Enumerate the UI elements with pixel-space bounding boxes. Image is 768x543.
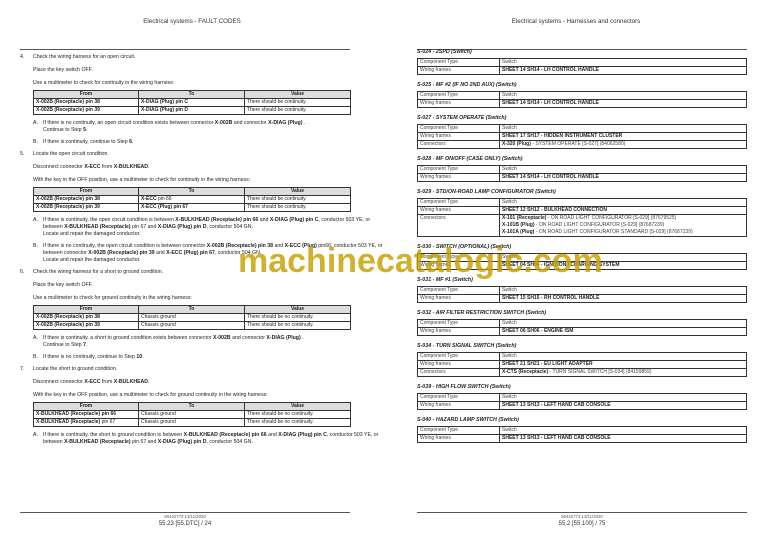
step-instruction: Check the wiring harness for an open cir…	[33, 54, 384, 61]
repair-note: Locate and repair the damaged conductor.	[43, 257, 384, 264]
outcome-letter: B.	[33, 243, 38, 250]
column-header: From	[34, 403, 139, 411]
text: from	[100, 164, 113, 170]
step-number: 6.	[20, 269, 24, 276]
step-note: Place the key switch OFF.	[33, 282, 384, 289]
row-label: Wiring frames	[418, 295, 500, 303]
column-header: Value	[245, 91, 351, 99]
component-table: Component TypeSwitchWiring framesSHEET 0…	[417, 253, 747, 270]
row-label: Component Type	[418, 199, 500, 207]
component-type-row: Component TypeSwitch	[418, 287, 747, 295]
component-table: Component TypeSwitchWiring framesSHEET 2…	[417, 352, 747, 377]
component-type-value: Switch	[500, 125, 747, 133]
to-cell: Chassis ground	[139, 314, 245, 322]
measurement-note: Use a multimeter to check for continuity…	[33, 80, 384, 87]
bold-text: X-ECC (Plug) pin 67	[166, 250, 215, 256]
component-type-value: Switch	[500, 353, 747, 361]
section-title-s-024: S-024 - 2SPD (Switch)	[417, 48, 749, 56]
table-header-row: FromToValue	[34, 306, 351, 314]
value-cell: There should be no continuity.	[245, 419, 351, 427]
from-cell: X-002B (Receptacle) pin 38	[34, 196, 139, 204]
component-table: Component TypeSwitchWiring framesSHEET 1…	[417, 91, 747, 108]
text: and	[155, 250, 167, 256]
step-number: 5.	[20, 151, 24, 158]
connector-list: X-CTS (Receptacle) - TURN SIGNAL SWITCH …	[500, 369, 747, 377]
bold-text: X-BULKHEAD (Receptacle) pin 66	[184, 432, 267, 438]
connector-name: X-002B (Receptacle) pin 39	[36, 322, 100, 328]
component-table: Component TypeSwitchWiring framesSHEET 1…	[417, 393, 747, 410]
from-cell: X-002B (Receptacle) pin 38	[34, 99, 139, 107]
value-cell: There should be no continuity.	[245, 314, 351, 322]
section-title-s-025: S-025 - MF #2 (IF NO 2ND AUX) (Switch)	[417, 81, 749, 89]
wiring-frame-link[interactable]: SHEET 06 SH06 - ENGINE ISM	[500, 328, 747, 336]
row-label: Connectors	[418, 369, 500, 377]
row-label: Component Type	[418, 92, 500, 100]
continuity-table: FromToValueX-002B (Receptacle) pin 38X-E…	[33, 187, 351, 212]
section-title-s-034: S-034 - TURN SIGNAL SWITCH (Switch)	[417, 342, 749, 350]
to-cell: Chassis ground	[139, 322, 245, 330]
section-title-s-040: S-040 - HAZARD LAMP SWITCH (Switch)	[417, 416, 749, 424]
connector-description: - ON ROAD LIGHT CONFIGURATOR [S-029] (87…	[546, 215, 676, 221]
outcome-b: B.If there is continuity, continue to St…	[33, 139, 384, 146]
wiring-frames-row: Wiring framesSHEET 21 SH21 - EU LIGHT AD…	[418, 361, 747, 369]
section-title-s-031: S-031 - MF #1 (Switch)	[417, 276, 749, 284]
connector-name: X-ECC	[84, 379, 100, 385]
column-header: Value	[245, 403, 351, 411]
text: and	[258, 217, 270, 223]
component-type-value: Switch	[500, 320, 747, 328]
bold-text: X-BULKHEAD (Receptacle) pin 66	[175, 217, 258, 223]
column-header: From	[34, 91, 139, 99]
value-cell: There should be no continuity.	[245, 322, 351, 330]
component-type-row: Component TypeSwitch	[418, 125, 747, 133]
connector-name: X-BULKHEAD (Receptacle) pin 66	[36, 411, 116, 417]
footer-rule	[20, 512, 350, 513]
value-cell: There should be no continuity.	[245, 411, 351, 419]
component-type-value: Switch	[500, 394, 747, 402]
footer-page-number: 55.23 [55.DTC] / 24	[0, 520, 370, 528]
value-cell: There should be continuity.	[245, 99, 351, 107]
column-header: From	[34, 306, 139, 314]
text: Disconnect connector	[33, 164, 84, 170]
component-table: Component TypeSwitchWiring framesSHEET 1…	[417, 198, 747, 237]
wiring-frames-row: Wiring framesSHEET 14 SH14 - LH CONTROL …	[418, 67, 747, 75]
text: .	[132, 139, 133, 145]
from-cell: X-002B (Receptacle) pin 38	[34, 314, 139, 322]
component-type-row: Component TypeSwitch	[418, 353, 747, 361]
page-footer: 90442773 13/11/2020 55.2 [55.100] / 75	[384, 514, 768, 528]
row-label: Component Type	[418, 166, 500, 174]
from-cell: X-002B (Receptacle) pin 39	[34, 204, 139, 212]
row-label: Wiring frames	[418, 100, 500, 108]
connector-link[interactable]: X-CTS (Receptacle) - TURN SIGNAL SWITCH …	[502, 369, 744, 376]
row-label: Wiring frames	[418, 174, 500, 182]
fault-code-steps: 4.Check the wiring harness for an open c…	[0, 54, 384, 446]
from-cell: X-002B (Receptacle) pin 39	[34, 322, 139, 330]
connector-name: X-002B (Receptacle) pin 39	[36, 204, 100, 210]
from-cell: X-BULKHEAD (Receptacle) pin 66	[34, 411, 139, 419]
text: .	[86, 342, 87, 348]
step-instruction: Locate the open circuit condition.	[33, 151, 384, 158]
to-cell: X-DIAG (Plug) pin C	[139, 99, 245, 107]
wiring-frames-row: Wiring framesSHEET 15 SH15 - RH CONTROL …	[418, 295, 747, 303]
component-type-row: Component TypeSwitch	[418, 254, 747, 262]
measurement-note: With the key in the OFF position, use a …	[33, 177, 384, 184]
bold-text: X-002B	[215, 120, 233, 126]
table-row: X-002B (Receptacle) pin 38X-ECC pin 66Th…	[34, 196, 351, 204]
text: .	[86, 127, 87, 133]
page-header: Electrical systems - FAULT CODES	[0, 18, 384, 25]
connector-name: X-002B (Receptacle) pin 38	[36, 314, 100, 320]
connector-name: X-002B (Receptacle) pin 38	[36, 196, 100, 202]
row-label: Component Type	[418, 394, 500, 402]
text: Continue to Step	[43, 127, 83, 133]
connector-description: - ON ROAD LIGHT CONFIGURATOR [S-029] (87…	[535, 222, 665, 228]
from-cell: X-002B (Receptacle) pin 39	[34, 107, 139, 115]
text: .	[301, 335, 304, 341]
connectors-row: ConnectorsX-320 (Plug) - SYSTEM OPERATE …	[418, 141, 747, 149]
column-header: To	[139, 91, 245, 99]
footer-page-number: 55.2 [55.100] / 75	[384, 520, 768, 528]
wiring-frame-link[interactable]: SHEET 04 SH04 - IGNITION / CHARGING SYST…	[500, 262, 747, 270]
step-instruction: Locate the short to ground condition.	[33, 366, 384, 373]
text: pin 66	[157, 196, 172, 202]
bold-text: X-BULKHEAD (Receptacle)	[64, 439, 131, 445]
component-type-row: Component TypeSwitch	[418, 59, 747, 67]
wiring-frame-link[interactable]: SHEET 14 SH14 - LH CONTROL HANDLE	[500, 174, 747, 182]
left-page: Electrical systems - FAULT CODES 4.Check…	[0, 0, 384, 543]
text: and connector	[231, 335, 267, 341]
text: If there is continuity, the open circuit…	[43, 217, 175, 223]
component-type-row: Component TypeSwitch	[418, 320, 747, 328]
footer-rule	[417, 512, 747, 513]
row-label: Component Type	[418, 320, 500, 328]
measurement-note: Use a multimeter to check for ground con…	[33, 295, 384, 302]
component-table: Component TypeSwitchWiring framesSHEET 1…	[417, 165, 747, 182]
wiring-frame-link[interactable]: SHEET 12 SH12 - BULKHEAD CONNECTION	[500, 207, 747, 215]
column-header: To	[139, 306, 245, 314]
connector-list: X-101 (Receptacle) - ON ROAD LIGHT CONFI…	[500, 215, 747, 237]
outcome-a: A.If there is no continuity, an open cir…	[33, 120, 384, 134]
step-5: 5.Locate the open circuit condition.Disc…	[0, 151, 384, 264]
component-table: Component TypeSwitchWiring framesSHEET 1…	[417, 426, 747, 443]
outcome-letter: A.	[33, 217, 38, 224]
connector-description: - TURN SIGNAL SWITCH [S-034] (84159859)	[548, 369, 651, 375]
outcome-b: B.If there is no continuity, the open ci…	[33, 243, 384, 264]
value-cell: There should be continuity.	[245, 107, 351, 115]
text: pin 67 and	[131, 439, 158, 445]
row-label: Component Type	[418, 427, 500, 435]
continue-note: Continue to Step 7.	[43, 342, 384, 349]
to-cell: X-ECC pin 66	[139, 196, 245, 204]
wiring-frames-row: Wiring framesSHEET 14 SH14 - LH CONTROL …	[418, 174, 747, 182]
bold-text: X-002B	[213, 335, 231, 341]
wiring-frame-link[interactable]: SHEET 17 SH17 - HIDDEN INSTRUMENT CLUSTE…	[500, 133, 747, 141]
repair-note: Locate and repair the damaged conductor.	[43, 231, 384, 238]
wiring-frame-link[interactable]: SHEET 15 SH15 - RH CONTROL HANDLE	[500, 295, 747, 303]
value-cell: There should be continuity.	[245, 204, 351, 212]
text: , conductor 504 GN.	[206, 439, 252, 445]
step-number: 7.	[20, 366, 24, 373]
text: .	[142, 354, 143, 360]
bold-text: X-DIAG (Plug)	[268, 120, 302, 126]
wiring-frame-link[interactable]: SHEET 13 SH13 - LEFT HAND CAB CONSOLE	[500, 435, 747, 443]
header-rule	[20, 49, 350, 50]
row-label: Wiring frames	[418, 361, 500, 369]
wiring-frames-row: Wiring framesSHEET 04 SH04 - IGNITION / …	[418, 262, 747, 270]
connector-description: - SYSTEM OPERATE [S-027] (84062580)	[531, 141, 625, 147]
step-note: Place the key switch OFF.	[33, 67, 384, 74]
connector-part: X-101B (Plug)	[502, 222, 535, 228]
connector-name: X-DIAG (Plug) pin C	[141, 99, 188, 105]
disconnect-note: Disconnect connector X-ECC from X-BULKHE…	[33, 164, 384, 171]
outcome-letter: A.	[33, 120, 38, 127]
section-title-s-039: S-039 - HIGH FLOW SWITCH (Switch)	[417, 383, 749, 391]
component-type-value: Switch	[500, 92, 747, 100]
outcome-letter: A.	[33, 432, 38, 439]
bold-text: X-002B (Receptacle) pin 39	[88, 250, 154, 256]
measurement-note: With the key in the OFF position, use a …	[33, 392, 384, 399]
text: from	[100, 379, 113, 385]
page-footer: 90442773 13/11/2020 55.23 [55.DTC] / 24	[0, 514, 370, 528]
wiring-frames-row: Wiring framesSHEET 17 SH17 - HIDDEN INST…	[418, 133, 747, 141]
row-label: Wiring frames	[418, 402, 500, 410]
row-label: Wiring frames	[418, 328, 500, 336]
text: If there is no continuity, the open circ…	[43, 243, 207, 249]
row-label: Wiring frames	[418, 133, 500, 141]
column-header: From	[34, 188, 139, 196]
to-cell: X-ECC (Plug) pin 67	[139, 204, 245, 212]
text: .	[148, 379, 149, 385]
text: Disconnect connector	[33, 379, 84, 385]
wiring-frames-row: Wiring framesSHEET 14 SH14 - LH CONTROL …	[418, 100, 747, 108]
disconnect-note: Disconnect connector X-ECC from X-BULKHE…	[33, 379, 384, 386]
wiring-frame-link[interactable]: SHEET 13 SH13 - LEFT HAND CAB CONSOLE	[500, 402, 747, 410]
outcome-a: A.If there is continuity, the open circu…	[33, 217, 384, 238]
page-header: Electrical systems - Harnesses and conne…	[384, 18, 768, 25]
text: If there is continuity, continue to Step	[43, 139, 129, 145]
component-type-row: Component TypeSwitch	[418, 92, 747, 100]
bold-text: X-DIAG (Plug) pin D	[158, 224, 207, 230]
step-7: 7.Locate the short to ground condition.D…	[0, 366, 384, 446]
text: .	[302, 120, 305, 126]
row-label: Component Type	[418, 59, 500, 67]
step-number: 4.	[20, 54, 24, 61]
component-type-row: Component TypeSwitch	[418, 394, 747, 402]
column-header: To	[139, 188, 245, 196]
from-cell: X-BULKHEAD (Receptacle) pin 67	[34, 419, 139, 427]
component-type-value: Switch	[500, 427, 747, 435]
wiring-frames-row: Wiring framesSHEET 13 SH13 - LEFT HAND C…	[418, 402, 747, 410]
bold-text: X-BULKHEAD (Receptacle)	[64, 224, 131, 230]
row-label: Wiring frames	[418, 262, 500, 270]
table-header-row: FromToValue	[34, 188, 351, 196]
text: If there is continuity, the short to gro…	[43, 432, 184, 438]
bold-text: X-DIAG (Plug)	[266, 335, 300, 341]
wiring-frames-row: Wiring framesSHEET 06 SH06 - ENGINE ISM	[418, 328, 747, 336]
row-label: Wiring frames	[418, 207, 500, 215]
outcome-letter: B.	[33, 354, 38, 361]
wiring-frame-link[interactable]: SHEET 14 SH14 - LH CONTROL HANDLE	[500, 67, 747, 75]
step-instruction: Check the wiring harness for a short to …	[33, 269, 384, 276]
text: If there is no continuity, continue to S…	[43, 354, 136, 360]
row-label: Component Type	[418, 125, 500, 133]
to-cell: X-DIAG (Plug) pin D	[139, 107, 245, 115]
text: and	[273, 243, 285, 249]
component-table: Component TypeSwitchWiring framesSHEET 0…	[417, 319, 747, 336]
bold-text: X-002B (Receptacle) pin 38	[207, 243, 273, 249]
row-label: Component Type	[418, 287, 500, 295]
connector-name: X-ECC	[84, 164, 100, 170]
connector-name: X-BULKHEAD	[114, 164, 148, 170]
outcome-b: B.If there is no continuity, continue to…	[33, 354, 384, 361]
component-type-row: Component TypeSwitch	[418, 427, 747, 435]
column-header: Value	[245, 188, 351, 196]
text: If there is no continuity, an open circu…	[43, 120, 215, 126]
component-type-value: Switch	[500, 166, 747, 174]
section-title-s-029: S-029 - STD/ON-ROAD LAMP CONFIGURATOR (S…	[417, 188, 749, 196]
connector-name: X-002B (Receptacle) pin 39	[36, 107, 100, 113]
continuity-table: FromToValueX-002B (Receptacle) pin 38X-D…	[33, 90, 351, 115]
component-type-row: Component TypeSwitch	[418, 199, 747, 207]
column-header: Value	[245, 306, 351, 314]
value-cell: There should be continuity.	[245, 196, 351, 204]
connector-part: X-320 (Plug)	[502, 141, 531, 147]
connector-name: X-BULKHEAD (Receptacle)	[36, 419, 100, 425]
text: .	[148, 164, 149, 170]
text: , conductor 504 GN.	[215, 250, 261, 256]
table-row: X-002B (Receptacle) pin 38Chassis ground…	[34, 314, 351, 322]
text: pin 67 and	[131, 224, 158, 230]
component-type-value: Switch	[500, 287, 747, 295]
connector-name: X-ECC	[141, 196, 157, 202]
outcome-a: A.If there is continuity, the short to g…	[33, 432, 384, 446]
wiring-frame-link[interactable]: SHEET 21 SH21 - EU LIGHT ADAPTER	[500, 361, 747, 369]
bold-text: X-DIAG (Plug) pin D	[158, 439, 207, 445]
text: and	[267, 432, 279, 438]
connector-link[interactable]: X-101A (Plug) - ON ROAD LIGHT CONFIGURAT…	[502, 229, 744, 236]
component-type-value: Switch	[500, 254, 747, 262]
column-header: To	[139, 403, 245, 411]
outcome-letter: A.	[33, 335, 38, 342]
connector-name: X-ECC (Plug) pin 67	[141, 204, 188, 210]
connector-sections: S-024 - 2SPD (Switch)Component TypeSwitc…	[417, 44, 749, 443]
continuity-table: FromToValueX-002B (Receptacle) pin 38Cha…	[33, 305, 351, 330]
connector-name: X-DIAG (Plug) pin D	[141, 107, 188, 113]
text: , conductor 504 GN.	[206, 224, 252, 230]
row-label: Component Type	[418, 353, 500, 361]
row-label: Wiring frames	[418, 435, 500, 443]
connector-link[interactable]: X-320 (Plug) - SYSTEM OPERATE [S-027] (8…	[502, 141, 744, 148]
step-4: 4.Check the wiring harness for an open c…	[0, 54, 384, 146]
component-table: Component TypeSwitchWiring framesSHEET 1…	[417, 286, 747, 303]
to-cell: Chassis ground	[139, 411, 245, 419]
bold-text: X-DIAG (Plug) pin C	[278, 432, 327, 438]
connector-part: X-101A (Plug)	[502, 229, 534, 235]
right-page: Electrical systems - Harnesses and conne…	[384, 0, 768, 543]
text: pin 67	[100, 419, 115, 425]
row-label: Connectors	[418, 215, 500, 237]
connector-link[interactable]: X-101 (Receptacle) - ON ROAD LIGHT CONFI…	[502, 215, 744, 222]
row-label: Connectors	[418, 141, 500, 149]
connector-name: X-BULKHEAD	[114, 379, 148, 385]
bold-text: X-DIAG (Plug) pin C	[270, 217, 319, 223]
component-type-value: Switch	[500, 59, 747, 67]
section-title-s-030: S-030 - SWITCH (OPTIONAL) (Switch)	[417, 243, 749, 251]
text: If there is continuity, a short to groun…	[43, 335, 213, 341]
connector-name: X-002B (Receptacle) pin 38	[36, 99, 100, 105]
table-header-row: FromToValue	[34, 91, 351, 99]
outcome-letter: B.	[33, 139, 38, 146]
table-row: X-002B (Receptacle) pin 39X-ECC (Plug) p…	[34, 204, 351, 212]
table-row: X-002B (Receptacle) pin 38X-DIAG (Plug) …	[34, 99, 351, 107]
wiring-frames-row: Wiring framesSHEET 12 SH12 - BULKHEAD CO…	[418, 207, 747, 215]
row-label: Wiring frames	[418, 67, 500, 75]
component-type-value: Switch	[500, 199, 747, 207]
table-row: X-BULKHEAD (Receptacle) pin 66Chassis gr…	[34, 411, 351, 419]
table-row: X-BULKHEAD (Receptacle) pin 67Chassis gr…	[34, 419, 351, 427]
to-cell: Chassis ground	[139, 419, 245, 427]
text: Continue to Step	[43, 342, 83, 348]
wiring-frames-row: Wiring framesSHEET 13 SH13 - LEFT HAND C…	[418, 435, 747, 443]
continuity-table: FromToValueX-BULKHEAD (Receptacle) pin 6…	[33, 402, 351, 427]
wiring-frame-link[interactable]: SHEET 14 SH14 - LH CONTROL HANDLE	[500, 100, 747, 108]
table-header-row: FromToValue	[34, 403, 351, 411]
component-type-row: Component TypeSwitch	[418, 166, 747, 174]
connectors-row: ConnectorsX-101 (Receptacle) - ON ROAD L…	[418, 215, 747, 237]
outcome-a: A.If there is continuity, a short to gro…	[33, 335, 384, 349]
connector-part: X-101 (Receptacle)	[502, 215, 546, 221]
step-6: 6.Check the wiring harness for a short t…	[0, 269, 384, 361]
section-title-s-028: S-028 - MF ON/OFF (CASE ONLY) (Switch)	[417, 155, 749, 163]
component-table: Component TypeSwitchWiring framesSHEET 1…	[417, 58, 747, 75]
connector-list: X-320 (Plug) - SYSTEM OPERATE [S-027] (8…	[500, 141, 747, 149]
section-title-s-027: S-027 - SYSTEM OPERATE (Switch)	[417, 114, 749, 122]
bold-text: X-ECC (Plug)	[285, 243, 317, 249]
continue-note: Continue to Step 5.	[43, 127, 384, 134]
table-row: X-002B (Receptacle) pin 39Chassis ground…	[34, 322, 351, 330]
row-label: Component Type	[418, 254, 500, 262]
connector-link[interactable]: X-101B (Plug) - ON ROAD LIGHT CONFIGURAT…	[502, 222, 744, 229]
section-title-s-032: S-032 - AIR FILTER RESTRICTION SWITCH (S…	[417, 309, 749, 317]
text: and connector	[232, 120, 268, 126]
connectors-row: ConnectorsX-CTS (Receptacle) - TURN SIGN…	[418, 369, 747, 377]
component-table: Component TypeSwitchWiring framesSHEET 1…	[417, 124, 747, 149]
connector-part: X-CTS (Receptacle)	[502, 369, 548, 375]
table-row: X-002B (Receptacle) pin 39X-DIAG (Plug) …	[34, 107, 351, 115]
connector-description: - ON ROAD LIGHT CONFIGURATOR STANDARD [S…	[534, 229, 692, 235]
